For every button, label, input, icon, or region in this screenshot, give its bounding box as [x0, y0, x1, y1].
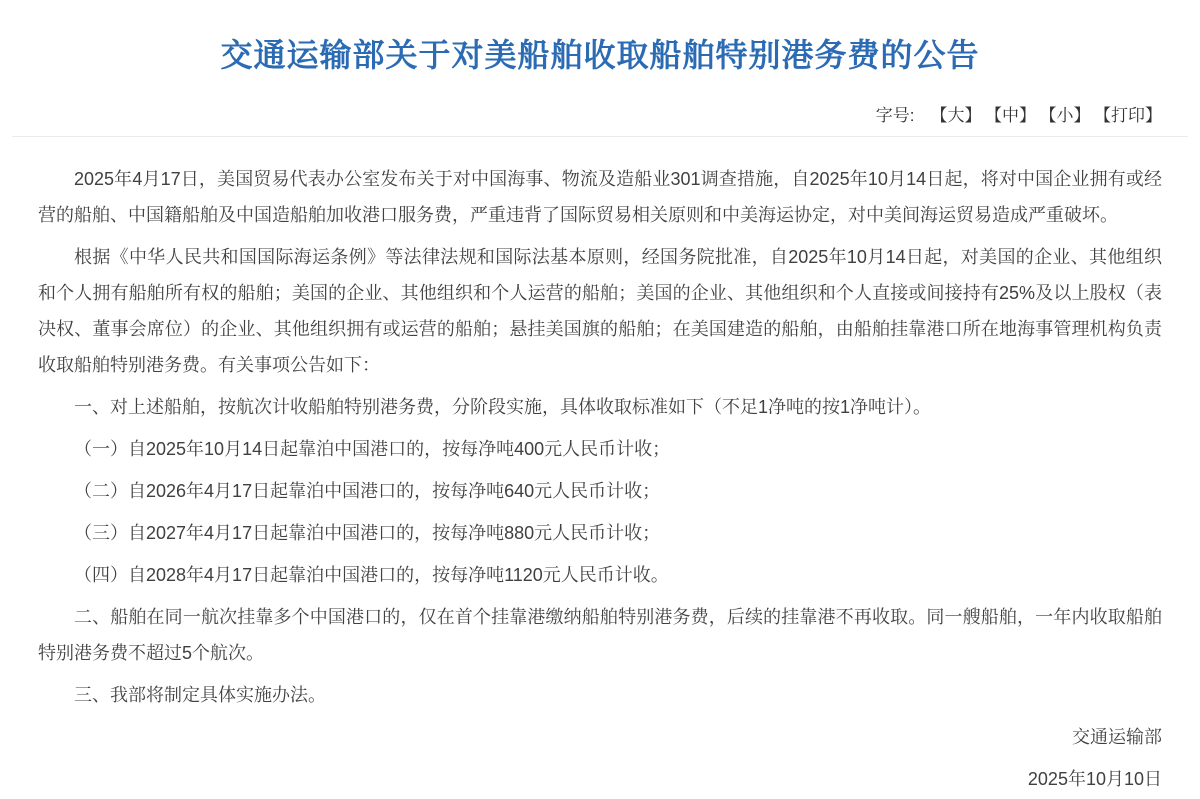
announcement-page: 交通运输部关于对美船舶收取船舶特别港务费的公告 字号:【大】【中】【小】【打印】…: [0, 0, 1200, 799]
paragraph-item-1: 一、对上述船舶，按航次计收船舶特别港务费，分阶段实施，具体收取标准如下（不足1净…: [38, 389, 1162, 425]
paragraph-item-3: 三、我部将制定具体实施办法。: [38, 677, 1162, 713]
signature-date: 2025年10月10日: [38, 761, 1162, 797]
paragraph-intro: 2025年4月17日，美国贸易代表办公室发布关于对中国海事、物流及造船业301调…: [38, 161, 1162, 233]
article-body: 2025年4月17日，美国贸易代表办公室发布关于对中国海事、物流及造船业301调…: [12, 137, 1188, 797]
page-title: 交通运输部关于对美船舶收取船舶特别港务费的公告: [12, 36, 1188, 74]
paragraph-item-1-sub-3: （三）自2027年4月17日起靠泊中国港口的，按每净吨880元人民币计收；: [38, 515, 1162, 551]
paragraph-item-1-sub-1: （一）自2025年10月14日起靠泊中国港口的，按每净吨400元人民币计收；: [38, 431, 1162, 467]
paragraph-item-2: 二、船舶在同一航次挂靠多个中国港口的，仅在首个挂靠港缴纳船舶特别港务费，后续的挂…: [38, 599, 1162, 671]
font-size-label: 字号:: [876, 106, 915, 125]
signature: 交通运输部: [38, 719, 1162, 755]
paragraph-item-1-sub-4: （四）自2028年4月17日起靠泊中国港口的，按每净吨1120元人民币计收。: [38, 557, 1162, 593]
font-size-toolbar: 字号:【大】【中】【小】【打印】: [12, 106, 1188, 126]
paragraph-item-1-sub-2: （二）自2026年4月17日起靠泊中国港口的，按每净吨640元人民币计收；: [38, 473, 1162, 509]
font-size-medium-button[interactable]: 【中】: [994, 106, 1037, 125]
font-size-small-button[interactable]: 【小】: [1048, 106, 1091, 125]
font-size-large-button[interactable]: 【大】: [931, 106, 982, 125]
print-button[interactable]: 【打印】: [1103, 106, 1163, 125]
paragraph-legal-basis: 根据《中华人民共和国国际海运条例》等法律法规和国际法基本原则，经国务院批准，自2…: [38, 239, 1162, 383]
